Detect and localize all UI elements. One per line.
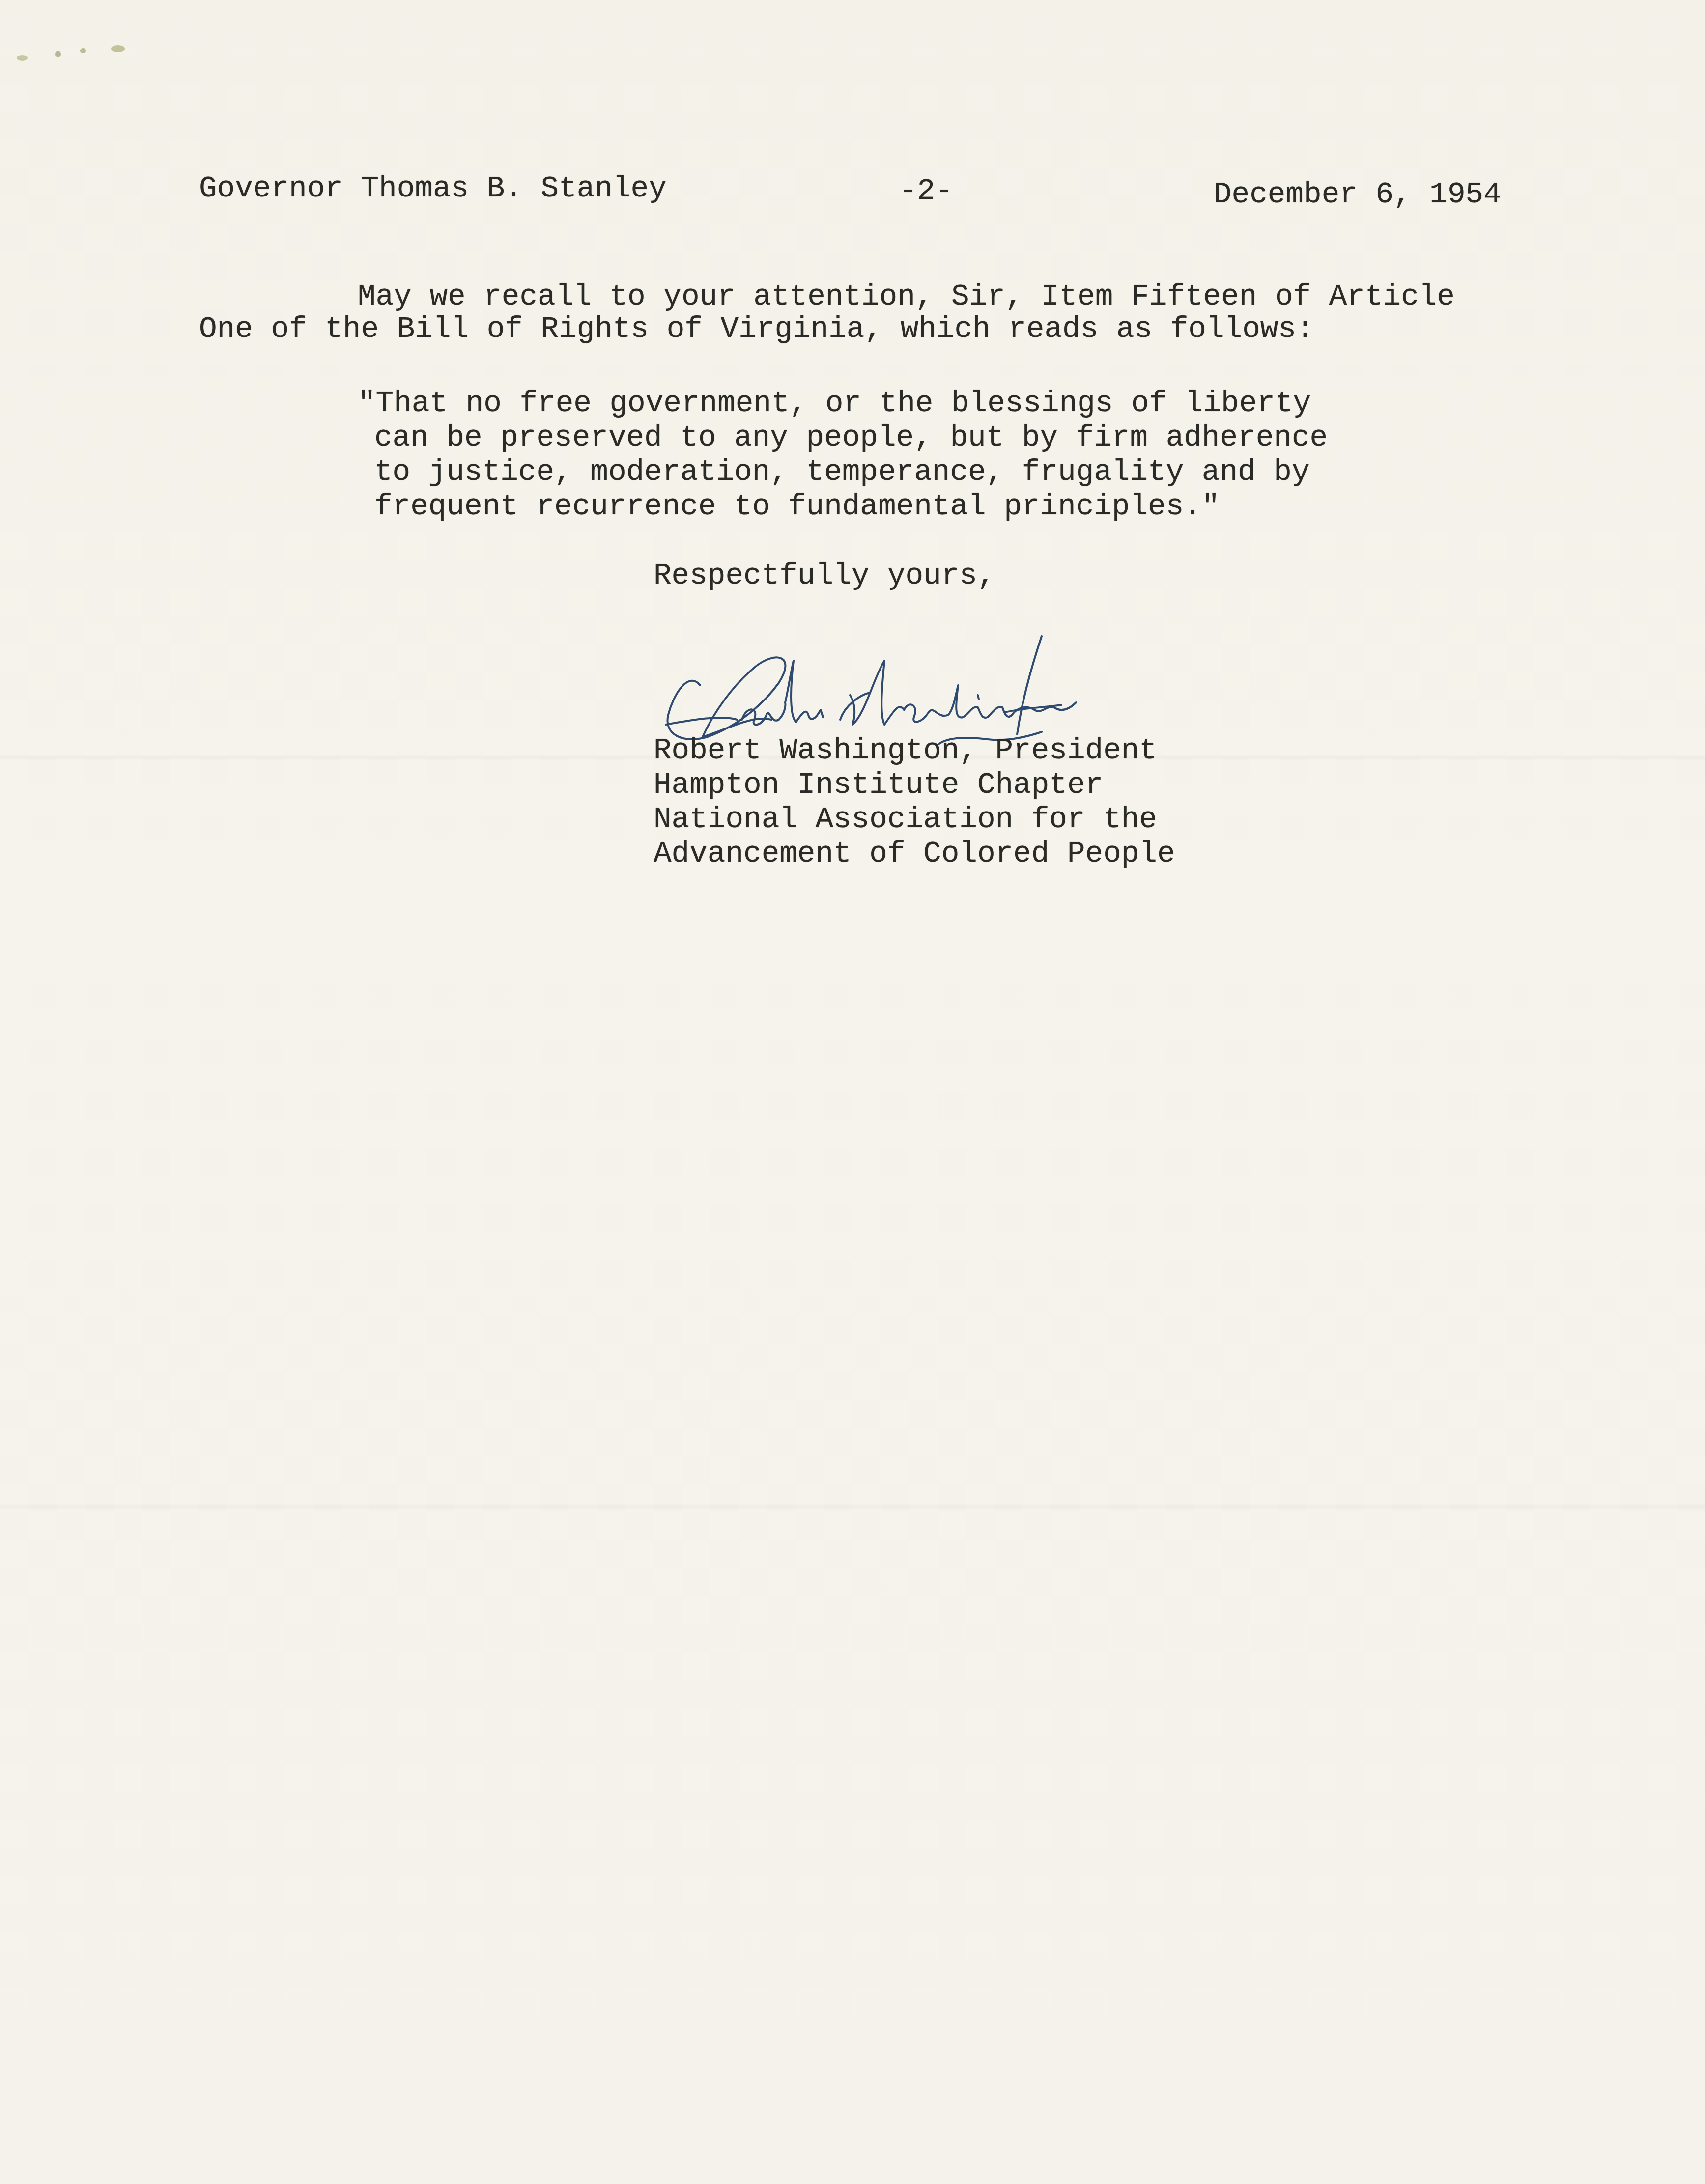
quote-line: "That no free government, or the blessin… xyxy=(358,387,1311,421)
signer-organization-line: Hampton Institute Chapter xyxy=(654,768,1103,803)
recipient-header: Governor Thomas B. Stanley xyxy=(199,172,667,206)
paper-speck xyxy=(17,55,28,61)
paper-fold xyxy=(0,1503,1705,1510)
body-paragraph-line: One of the Bill of Rights of Virginia, w… xyxy=(199,312,1314,347)
quote-line: can be preserved to any people, but by f… xyxy=(374,421,1328,455)
letter-page: Governor Thomas B. Stanley -2- December … xyxy=(0,0,1705,2184)
paper-speck xyxy=(80,48,86,53)
paper-speck xyxy=(55,51,61,57)
letter-date: December 6, 1954 xyxy=(1214,178,1502,212)
paper-speck xyxy=(111,45,125,52)
quote-line: frequent recurrence to fundamental princ… xyxy=(374,490,1220,524)
complimentary-close: Respectfully yours, xyxy=(654,559,995,593)
signer-name-title: Robert Washington, President xyxy=(654,734,1157,768)
body-paragraph-line: May we recall to your attention, Sir, It… xyxy=(358,280,1455,314)
handwritten-signature xyxy=(654,597,1233,754)
page-number: -2- xyxy=(899,174,953,209)
quote-line: to justice, moderation, temperance, frug… xyxy=(374,455,1310,490)
signer-organization-line: National Association for the xyxy=(654,803,1157,837)
signer-organization-line: Advancement of Colored People xyxy=(654,837,1175,871)
